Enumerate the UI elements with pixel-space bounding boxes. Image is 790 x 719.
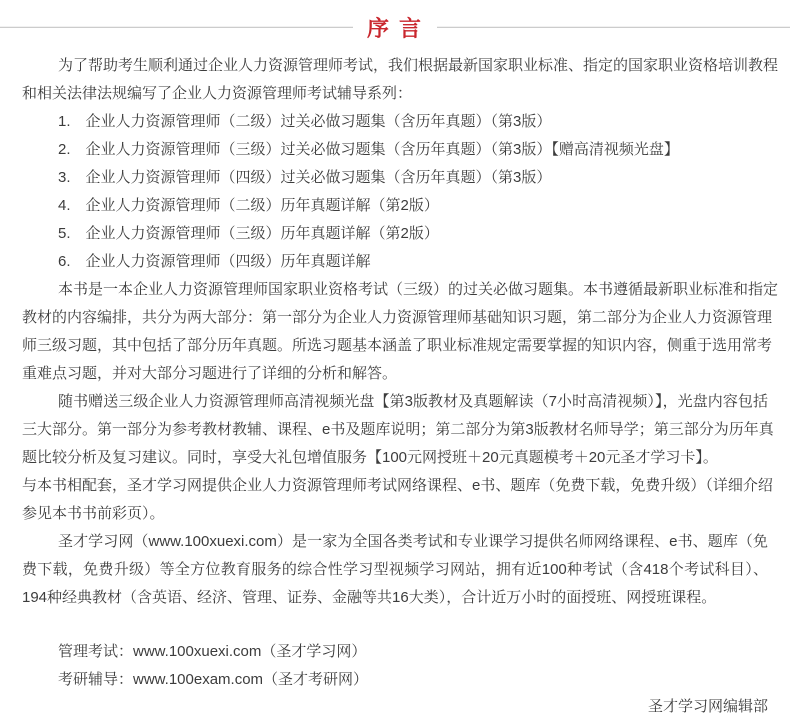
book-list-number: 6. [58, 248, 71, 276]
book-list-text: 企业人力资源管理师（二级）历年真题详解（第2版） [86, 197, 439, 214]
header-rule-left [0, 27, 353, 28]
contact-links: 管理考试：www.100xuexi.com（圣才学习网） 考研辅导：www.10… [22, 638, 768, 694]
preface-body: 为了帮助考生顺利通过企业人力资源管理师考试，我们根据最新国家职业标准、指定的国家… [22, 52, 768, 694]
preface-page: 序 言 为了帮助考生顺利通过企业人力资源管理师考试，我们根据最新国家职业标准、指… [0, 0, 790, 719]
book-list-number: 4. [58, 192, 71, 220]
bonus-line: 随书赠送三级企业人力资源管理师高清视频光盘【第3版教材及真题解读（7小时高清视频… [22, 388, 768, 416]
book-list-text: 企业人力资源管理师（四级）历年真题详解 [86, 253, 371, 270]
preface-header: 序 言 [0, 0, 790, 41]
about-site-line: 194种经典教材（含英语、经济、管理、证券、金融等共16大类），合计近万小时的面… [22, 584, 768, 612]
book-list-number: 5. [58, 220, 71, 248]
book-list-number: 2. [58, 136, 71, 164]
book-list-item: 3.企业人力资源管理师（四级）过关必做习题集（含历年真题）（第3版） [22, 164, 768, 192]
book-list-number: 3. [58, 164, 71, 192]
book-list-text: 企业人力资源管理师（四级）过关必做习题集（含历年真题）（第3版） [86, 169, 552, 186]
header-rule-right [437, 27, 790, 28]
about-book-line: 本书是一本企业人力资源管理师国家职业资格考试（三级）的过关必做习题集。本书遵循最… [22, 276, 768, 304]
about-book-line: 师三级习题，其中包括了部分历年真题。所选习题基本涵盖了职业标准规定需要掌握的知识… [22, 332, 768, 360]
about-site-line: 费下载，免费升级）等全方位教育服务的综合性学习型视频学习网站，拥有近100种考试… [22, 556, 768, 584]
about-site-line: 圣才学习网（www.100xuexi.com）是一家为全国各类考试和专业课学习提… [22, 528, 768, 556]
about-book-line: 重难点习题，并对大部分习题进行了详细的分析和解答。 [22, 360, 768, 388]
about-book-line: 教材的内容编排，共分为两大部分：第一部分为企业人力资源管理师基础知识习题，第二部… [22, 304, 768, 332]
intro-line: 为了帮助考生顺利通过企业人力资源管理师考试，我们根据最新国家职业标准、指定的国家… [22, 52, 768, 80]
book-list-number: 1. [58, 108, 71, 136]
book-list-item: 6.企业人力资源管理师（四级）历年真题详解 [22, 248, 768, 276]
bonus-line: 与本书相配套，圣才学习网提供企业人力资源管理师考试网络课程、e书、题库（免费下载… [22, 472, 768, 500]
contact-line-exam-site: 管理考试：www.100xuexi.com（圣才学习网） [22, 638, 768, 666]
bonus-line: 题比较分析及复习建议。同时，享受大礼包增值服务【100元网授班＋20元真题模考＋… [22, 444, 768, 472]
book-list-text: 企业人力资源管理师（三级）历年真题详解（第2版） [86, 225, 439, 242]
preface-title: 序 言 [353, 12, 437, 43]
contact-line-kaoyan-site: 考研辅导：www.100exam.com（圣才考研网） [22, 666, 768, 694]
bonus-line: 参见本书书前彩页）。 [22, 500, 768, 528]
book-list-item: 1.企业人力资源管理师（二级）过关必做习题集（含历年真题）（第3版） [22, 108, 768, 136]
book-list-item: 4.企业人力资源管理师（二级）历年真题详解（第2版） [22, 192, 768, 220]
book-list-item: 5.企业人力资源管理师（三级）历年真题详解（第2版） [22, 220, 768, 248]
intro-line: 和相关法律法规编写了企业人力资源管理师考试辅导系列： [22, 80, 768, 108]
bonus-line: 三大部分。第一部分为参考教材教辅、课程、e书及题库说明；第二部分为第3版教材名师… [22, 416, 768, 444]
editorial-signature: 圣才学习网编辑部 [22, 694, 768, 719]
book-list-item: 2.企业人力资源管理师（三级）过关必做习题集（含历年真题）（第3版）【赠高清视频… [22, 136, 768, 164]
book-list-text: 企业人力资源管理师（二级）过关必做习题集（含历年真题）（第3版） [86, 113, 552, 130]
book-list-text: 企业人力资源管理师（三级）过关必做习题集（含历年真题）（第3版）【赠高清视频光盘… [86, 141, 679, 158]
